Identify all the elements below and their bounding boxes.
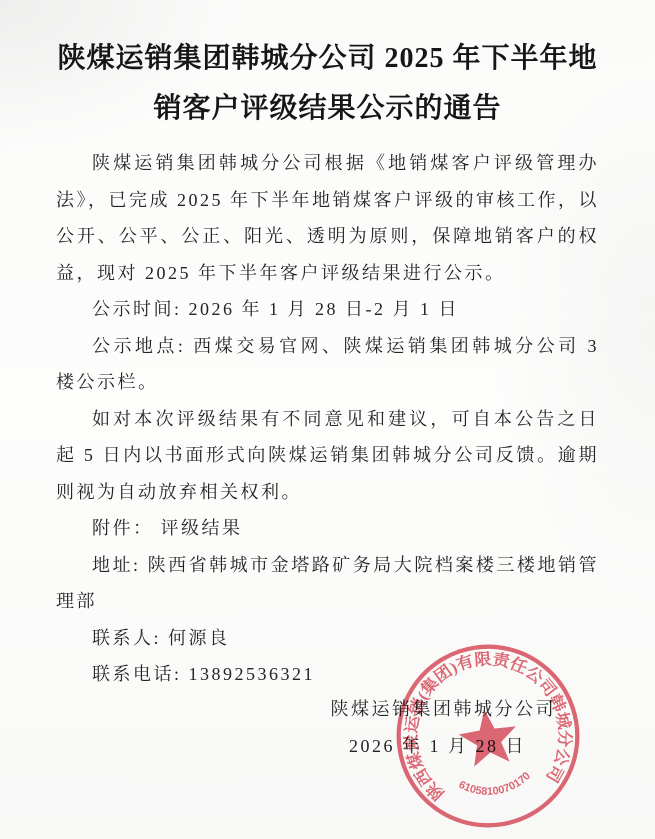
paragraph-intro: 陕煤运销集团韩城分公司根据《地销煤客户评级管理办法》，已完成 2025 年下半年… — [56, 145, 599, 291]
paragraph-public-location: 公示地点: 西煤交易官网、陕煤运销集团韩城分公司 3 楼公示栏。 — [56, 328, 599, 401]
paragraph-contact-person: 联系人: 何源良 — [56, 620, 599, 657]
document-body: 陕煤运销集团韩城分公司根据《地销煤客户评级管理办法》，已完成 2025 年下半年… — [56, 145, 599, 693]
page-title: 陕煤运销集团韩城分公司 2025 年下半年地 销客户评级结果公示的通告 — [0, 0, 655, 134]
document-page: 陕煤运销集团韩城分公司 2025 年下半年地 销客户评级结果公示的通告 陕煤运销… — [0, 0, 655, 839]
title-line-1: 陕煤运销集团韩城分公司 2025 年下半年地 — [40, 34, 615, 84]
signature-block: 陕煤运销集团韩城分公司 2026 年 1 月 28 日 — [0, 692, 655, 766]
paragraph-contact-phone: 联系电话: 13892536321 — [56, 656, 599, 693]
signature-company: 陕煤运销集团韩城分公司 — [0, 692, 655, 726]
paragraph-public-time: 公示时间: 2026 年 1 月 28 日-2 月 1 日 — [56, 291, 599, 328]
paragraph-feedback: 如对本次评级结果有不同意见和建议，可自本公告之日起 5 日内以书面形式向陕煤运销… — [56, 401, 599, 511]
seal-code-text: 6105810070170 — [455, 769, 534, 803]
signature-date: 2026 年 1 月 28 日 — [0, 726, 655, 766]
paragraph-address: 地址: 陕西省韩城市金塔路矿务局大院档案楼三楼地销管理部 — [56, 547, 599, 620]
title-line-2: 销客户评级结果公示的通告 — [40, 84, 615, 134]
paragraph-attachment: 附件： 评级结果 — [56, 510, 599, 547]
